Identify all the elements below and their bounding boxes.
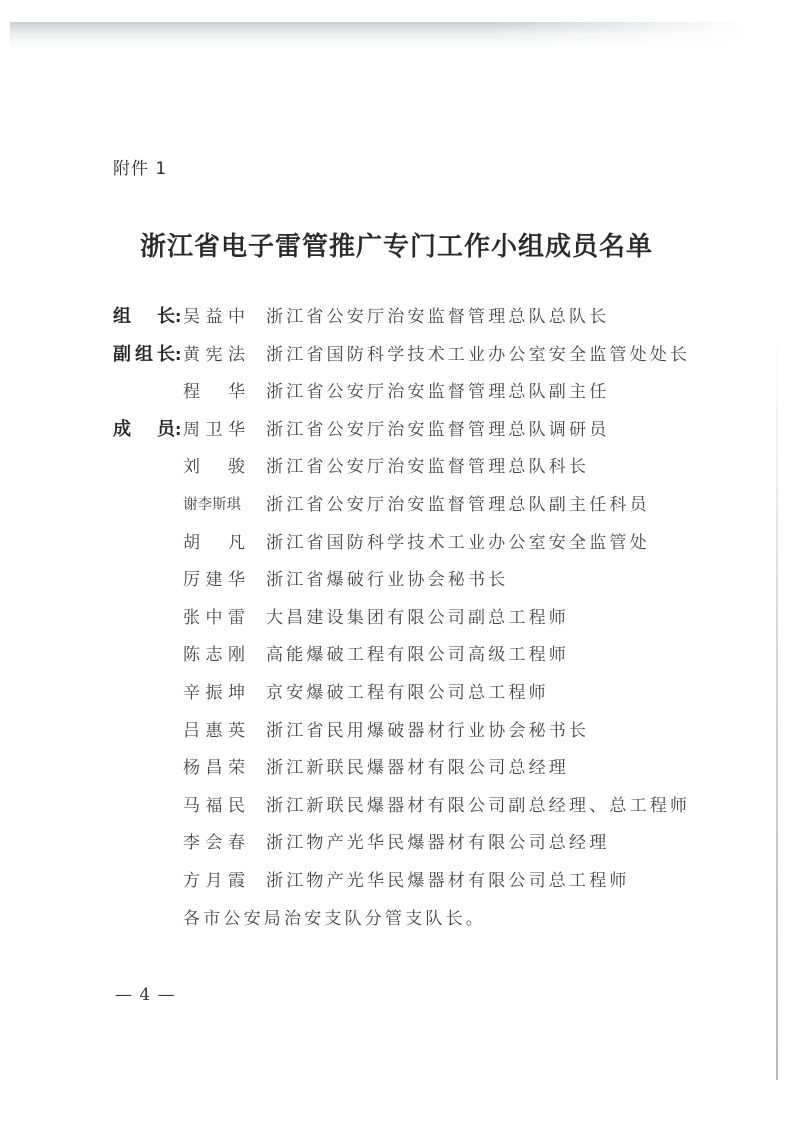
page-title: 浙江省电子雷管推广专门工作小组成员名单 — [0, 226, 793, 263]
roster-closing-row: 各市公安局治安支队分管支队长。 — [113, 904, 733, 942]
member-name: 谢李斯琪 — [183, 490, 245, 520]
member-position: 浙江省国防科学技术工业办公室安全监管处 — [266, 528, 650, 558]
member-name: 周 卫 华 — [183, 415, 245, 445]
member-position: 浙江新联民爆器材有限公司总经理 — [266, 753, 569, 783]
member-name: 吕 惠 英 — [183, 716, 245, 746]
roster-row-deputy-leader: 副 组 长 : 黄 宪 法 浙江省国防科学技术工业办公室安全监管处处长 — [113, 340, 733, 378]
roster-row: 胡 凡 浙江省国防科学技术工业办公室安全监管处 — [113, 528, 733, 566]
closing-note: 各市公安局治安支队分管支队长。 — [113, 904, 486, 934]
roster-row-members: 成 员 : 周 卫 华 浙江省公安厅治安监督管理总队调研员 — [113, 415, 733, 453]
role-colon: : — [175, 302, 181, 332]
member-name: 刘 骏 — [183, 452, 245, 482]
member-name: 黄 宪 法 — [183, 340, 245, 370]
role-label-members: 成 员 — [113, 415, 175, 445]
roster-row: 厉 建 华 浙江省爆破行业协会秘书长 — [113, 565, 733, 603]
roster-row: 李 会 春 浙江物产光华民爆器材有限公司总经理 — [113, 828, 733, 866]
attachment-label: 附件 1 — [113, 154, 167, 179]
roster-row: 杨 昌 荣 浙江新联民爆器材有限公司总经理 — [113, 753, 733, 791]
member-position: 浙江省公安厅治安监督管理总队科长 — [266, 452, 589, 482]
roster-row: 马 福 民 浙江新联民爆器材有限公司副总经理、总工程师 — [113, 791, 733, 829]
roster-row: 陈 志 刚 高能爆破工程有限公司高级工程师 — [113, 640, 733, 678]
member-name: 吴 益 中 — [183, 302, 245, 332]
roster-row: 吕 惠 英 浙江省民用爆破器材行业协会秘书长 — [113, 716, 733, 754]
member-name: 李 会 春 — [183, 828, 245, 858]
roster-row: 辛 振 坤 京安爆破工程有限公司总工程师 — [113, 678, 733, 716]
role-label-deputy-leader: 副 组 长 — [113, 340, 175, 370]
page-number: — 4 — — [115, 985, 176, 1005]
roster-row: 程 华 浙江省公安厅治安监督管理总队副主任 — [113, 377, 733, 415]
role-colon: : — [175, 415, 181, 445]
scan-edge-line — [776, 330, 778, 1080]
member-name: 方 月 霞 — [183, 866, 245, 896]
member-position: 浙江省民用爆破器材行业协会秘书长 — [266, 716, 589, 746]
roster-row: 谢李斯琪 浙江省公安厅治安监督管理总队副主任科员 — [113, 490, 733, 528]
scan-edge-shadow — [10, 22, 750, 50]
member-position: 浙江省公安厅治安监督管理总队总队长 — [266, 302, 609, 332]
roster-row: 方 月 霞 浙江物产光华民爆器材有限公司总工程师 — [113, 866, 733, 904]
member-roster: 组 长 : 吴 益 中 浙江省公安厅治安监督管理总队总队长 副 组 长 : 黄 … — [113, 302, 733, 941]
member-name: 程 华 — [183, 377, 245, 407]
member-position: 浙江新联民爆器材有限公司副总经理、总工程师 — [266, 791, 690, 821]
member-position: 浙江省公安厅治安监督管理总队副主任科员 — [266, 490, 650, 520]
member-position: 浙江省公安厅治安监督管理总队调研员 — [266, 415, 609, 445]
member-position: 京安爆破工程有限公司总工程师 — [266, 678, 549, 708]
member-name: 陈 志 刚 — [183, 640, 245, 670]
roster-row: 张 中 雷 大昌建设集团有限公司副总工程师 — [113, 603, 733, 641]
roster-row: 刘 骏 浙江省公安厅治安监督管理总队科长 — [113, 452, 733, 490]
member-name: 辛 振 坤 — [183, 678, 245, 708]
member-position: 浙江省国防科学技术工业办公室安全监管处处长 — [266, 340, 690, 370]
role-label-leader: 组 长 — [113, 302, 175, 332]
member-name: 胡 凡 — [183, 528, 245, 558]
member-position: 浙江物产光华民爆器材有限公司总经理 — [266, 828, 609, 858]
member-position: 浙江物产光华民爆器材有限公司总工程师 — [266, 866, 630, 896]
member-name: 张 中 雷 — [183, 603, 245, 633]
member-position: 高能爆破工程有限公司高级工程师 — [266, 640, 569, 670]
member-name: 马 福 民 — [183, 791, 245, 821]
role-colon: : — [175, 340, 181, 370]
member-position: 浙江省爆破行业协会秘书长 — [266, 565, 508, 595]
member-position: 浙江省公安厅治安监督管理总队副主任 — [266, 377, 609, 407]
member-name: 厉 建 华 — [183, 565, 245, 595]
roster-row-leader: 组 长 : 吴 益 中 浙江省公安厅治安监督管理总队总队长 — [113, 302, 733, 340]
member-position: 大昌建设集团有限公司副总工程师 — [266, 603, 569, 633]
member-name: 杨 昌 荣 — [183, 753, 245, 783]
